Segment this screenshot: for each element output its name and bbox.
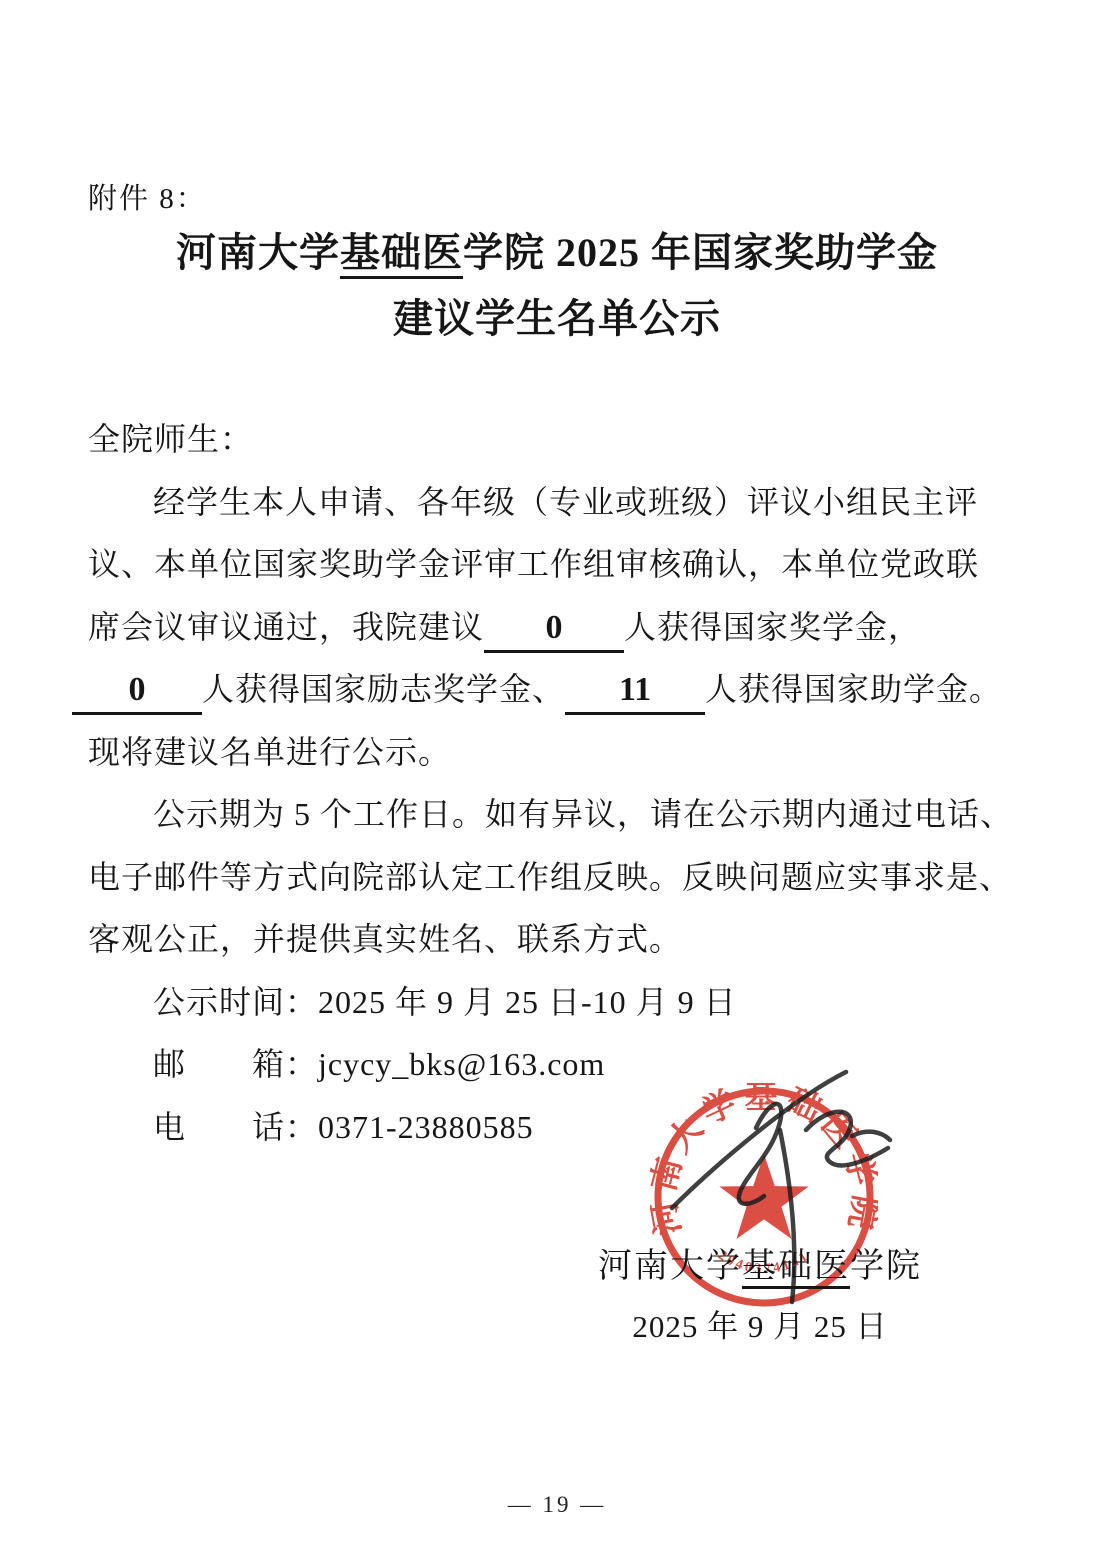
document-body: 全院师生： 经学生本人申请、各年级（专业或班级）评议小组民主评 议、本单位国家奖… (88, 408, 1048, 1158)
paragraph1-line3: 席会议审议通过，我院建议0人获得国家奖学金， (88, 596, 1048, 659)
signing-organization: 河南大学基础医学院 (540, 1238, 980, 1287)
document-title: 河南大学基础医学院 2025 年国家奖助学金 建议学生名单公示 (0, 220, 1114, 352)
org-segment: 河南大学 (598, 1248, 742, 1285)
paragraph2-line2: 电子邮件等方式向院部认定工作组反映。反映问题应实事求是、 (88, 846, 1048, 909)
text-segment: 人获得国家奖学金， (624, 609, 921, 645)
attachment-label: 附件 8： (88, 176, 207, 217)
signature-date: 2025 年 9 月 25 日 (540, 1301, 980, 1346)
paragraph1-line4: 0人获得国家励志奖学金、11人获得国家助学金。 (88, 658, 1048, 721)
paragraph2-line1: 公示期为 5 个工作日。如有异议，请在公示期内通过电话、 (88, 783, 1048, 846)
paragraph2-line3: 客观公正，并提供真实姓名、联系方式。 (88, 908, 1048, 971)
title-segment-underlined: 基础医 (340, 230, 463, 279)
signature-stroke (852, 1132, 890, 1140)
title-line-2: 建议学生名单公示 (0, 286, 1114, 352)
blank-national-scholarship-count: 0 (484, 608, 624, 653)
text-segment: 人获得国家励志奖学金、 (202, 671, 565, 707)
page-number: — 19 — (0, 1492, 1114, 1518)
publicity-time-line: 公示时间：2025 年 9 月 25 日-10 月 9 日 (88, 971, 1048, 1034)
paragraph1-line5: 现将建议名单进行公示。 (88, 721, 1048, 784)
title-segment: 学院 2025 年国家奖助学金 (463, 230, 938, 275)
text-segment: 席会议审议通过，我院建议 (88, 609, 484, 645)
text-segment: 人获得国家助学金。 (705, 671, 1002, 707)
org-segment: 学院 (850, 1248, 922, 1285)
salutation: 全院师生： (88, 408, 1048, 471)
blank-national-grant-count: 11 (565, 670, 705, 715)
paragraph1-line2: 议、本单位国家奖助学金评审工作组审核确认，本单位党政联 (88, 533, 1048, 596)
paragraph1-line1: 经学生本人申请、各年级（专业或班级）评议小组民主评 (88, 471, 1048, 534)
title-line-1: 河南大学基础医学院 2025 年国家奖助学金 (0, 220, 1114, 286)
org-segment-underlined: 基础医 (742, 1248, 850, 1289)
signature-stroke (806, 1112, 888, 1166)
title-segment: 河南大学 (176, 230, 340, 275)
document-page: 附件 8： 河南大学基础医学院 2025 年国家奖助学金 建议学生名单公示 全院… (0, 0, 1114, 1546)
blank-encouragement-scholarship-count: 0 (72, 670, 202, 715)
signature-stroke (672, 1072, 846, 1208)
signature-block: 河南大学基础医学院 2025 年 9 月 25 日 (540, 1238, 980, 1346)
